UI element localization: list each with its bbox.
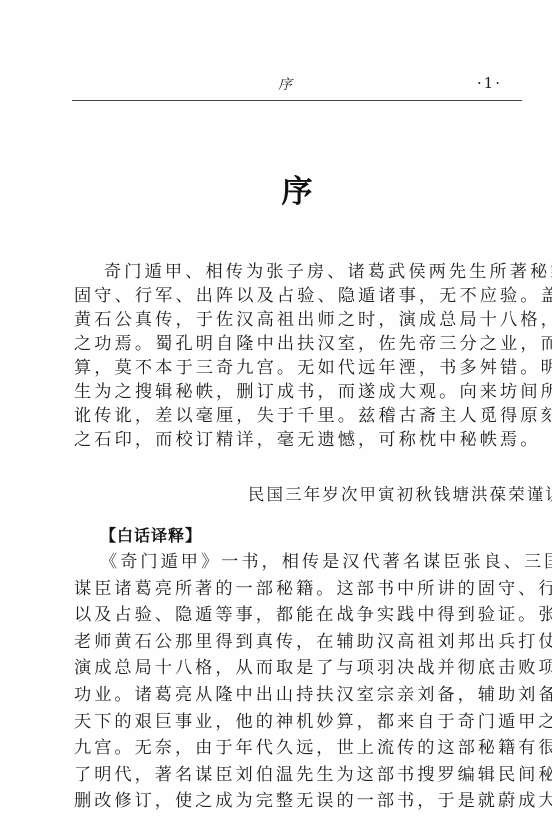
text-line: 删改修订，使之成为完整无误的一部书，于是就蔚成大观。历来 [74, 788, 524, 815]
text-line: 了明代，著名谋臣刘伯温先生为这部书搜罗编辑民间秘传的文本， [74, 762, 524, 789]
text-line: 之石印，而校订精详，毫无遗憾，可称枕中秘帙焉。 [74, 428, 522, 452]
text-line: 天下的艰巨事业，他的神机妙算，都来自于奇门遁甲之术的三奇 [74, 709, 524, 736]
text-line: 《奇门遁甲》一书，相传是汉代著名谋臣张良、三国蜀汉著名 [74, 549, 524, 576]
preface-paragraph: 奇门遁甲、相传为张子房、诸葛武侯两先生所著秘籍。其中 固守、行军、出阵以及占验、… [74, 260, 522, 452]
text-line: 谋臣诸葛亮所著的一部秘籍。这部书中所讲的固守、行军、出阵 [74, 576, 524, 603]
text-line: 以及占验、隐遁等事，都能在战争实践中得到验证。张良从他的 [74, 602, 524, 629]
text-line: 算，莫不本于三奇九宫。无如代远年湮，书多舛错。明刘伯温先 [74, 356, 522, 380]
text-line: 固守、行军、出阵以及占验、隐遁诸事，无不应验。盖张子房得 [74, 284, 522, 308]
page-number: ·1· [477, 74, 502, 92]
text-line: 奇门遁甲、相传为张子房、诸葛武侯两先生所著秘籍。其中 [74, 260, 522, 284]
text-line: 九宫。无奈，由于年代久远，世上流传的这部秘籍有很多错误。到 [74, 735, 524, 762]
text-line: 老师黄石公那里得到真传，在辅助汉高祖刘邦出兵打仗的时候，推 [74, 629, 524, 656]
running-title: 序 [278, 74, 292, 94]
text-line: 之功焉。蜀孔明自隆中出扶汉室，佐先帝三分之业，而其神机妙 [74, 332, 522, 356]
text-line: 生为之搜辑秘帙，删订成书，而遂成大观。向来坊间所刻本，以 [74, 380, 522, 404]
chapter-title: 序 [0, 166, 552, 211]
text-line: 功业。诸葛亮从隆中出山持扶汉室宗亲刘备，辅助刘备完成三发 [74, 682, 524, 709]
text-line: 演成总局十八格，从而取是了与项羽决战并彻底击败项羽的伟大 [74, 655, 524, 682]
book-page: 序 ·1· 序 奇门遁甲、相传为张子房、诸葛武侯两先生所著秘籍。其中 固守、行军… [0, 0, 552, 817]
section-heading-translation: 【白话译释】 [100, 523, 202, 546]
text-line: 黄石公真传，于佐汉高祖出师之时，演成总局十八格，而成决胜 [74, 308, 522, 332]
translation-paragraph: 《奇门遁甲》一书，相传是汉代著名谋臣张良、三国蜀汉著名 谋臣诸葛亮所著的一部秘籍… [74, 549, 524, 815]
preface-signature: 民国三年岁次甲寅初秋钱塘洪葆荣谨识 [248, 481, 552, 505]
header-rule [72, 100, 522, 101]
text-line: 讹传讹，差以毫厘，失于千里。兹稽古斋主人觅得原刻秘本，付 [74, 404, 522, 428]
running-header: 序 ·1· [72, 72, 522, 102]
